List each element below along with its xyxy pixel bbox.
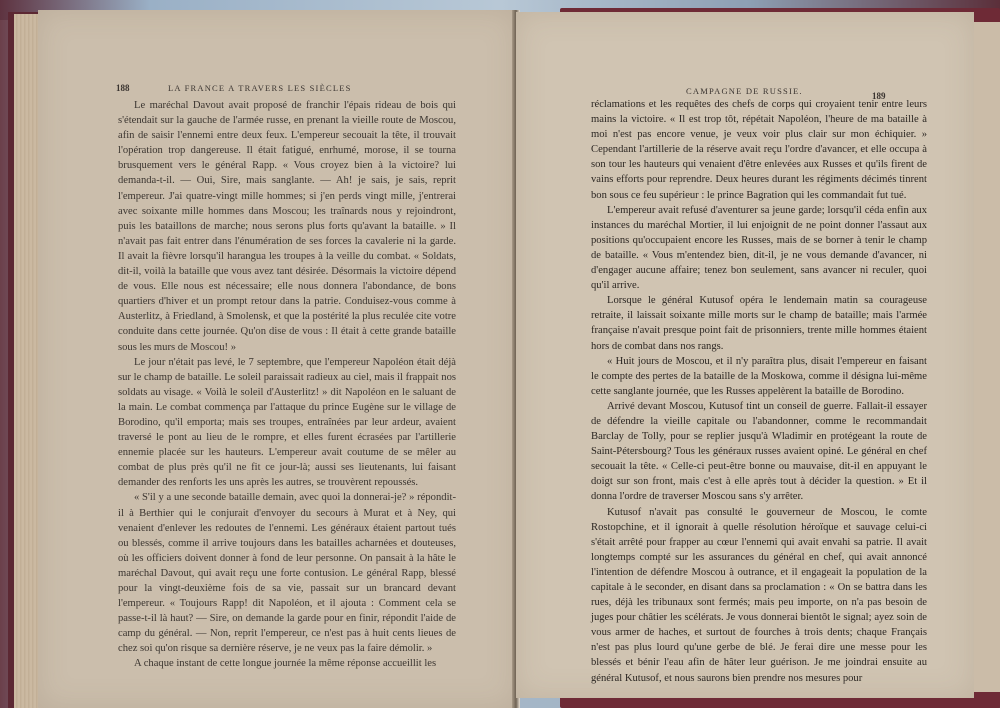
paragraph: A chaque instant de cette longue journée… — [118, 656, 456, 671]
paragraph: L'empereur avait refusé d'aventurer sa j… — [591, 203, 927, 294]
paragraph: « S'il y a une seconde bataille demain, … — [118, 490, 456, 656]
paragraph: Le maréchal Davout avait proposé de fran… — [118, 98, 456, 355]
paragraph: réclamations et les requêtes des chefs d… — [591, 97, 927, 203]
running-head: LA FRANCE A TRAVERS LES SIÈCLES — [168, 83, 352, 93]
paragraph: Le jour n'était pas levé, le 7 septembre… — [118, 355, 456, 491]
paragraph: Lorsque le général Kutusof opéra le lend… — [591, 293, 927, 353]
body-text: Le maréchal Davout avait proposé de fran… — [118, 98, 456, 672]
page-stack-right — [972, 22, 1000, 692]
paragraph: Kutusof n'avait pas consulté le gouverne… — [591, 505, 927, 686]
page-number: 188 — [116, 83, 130, 93]
body-text: réclamations et les requêtes des chefs d… — [591, 97, 927, 686]
right-page: CAMPAGNE DE RUSSIE. 189 réclamations et … — [516, 12, 974, 698]
paragraph: « Huit jours de Moscou, et il n'y paraît… — [591, 354, 927, 399]
left-page: 188 LA FRANCE A TRAVERS LES SIÈCLES Le m… — [38, 10, 516, 708]
paragraph: Arrivé devant Moscou, Kutusof tint un co… — [591, 399, 927, 505]
running-head: CAMPAGNE DE RUSSIE. — [686, 86, 803, 96]
